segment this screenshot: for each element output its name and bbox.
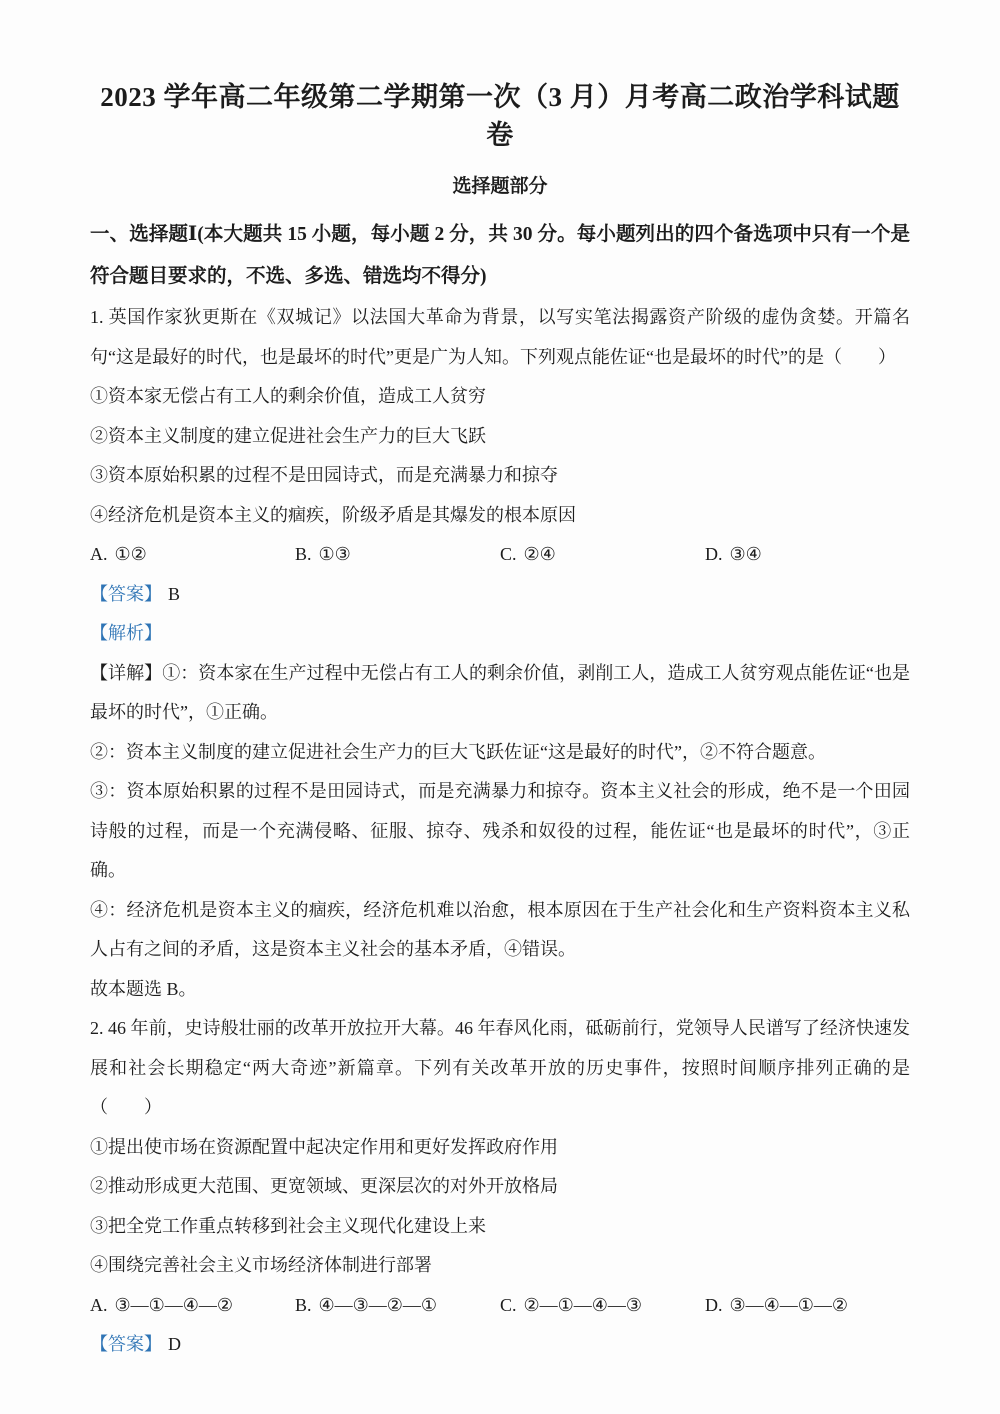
choice-text: ①② [115, 544, 147, 564]
question-2-item-1: ①提出使市场在资源配置中起决定作用和更好发挥政府作用 [90, 1128, 910, 1168]
question-1-detail-paragraph-3: ③：资本原始积累的过程不是田园诗式，而是充满暴力和掠夺。资本主义社会的形成，绝不… [90, 772, 910, 891]
choice-label: C. [500, 1295, 517, 1315]
question-1: 1. 英国作家狄更斯在《双城记》以法国大革命为背景，以写实笔法揭露资产阶级的虚伪… [90, 298, 910, 1009]
question-2-choice-row: A.③—①—④—② B.④—③—②—① C.②—①—④—③ D.③—④—①—② [90, 1286, 910, 1326]
question-1-choice-b: B.①③ [295, 535, 500, 575]
question-1-choice-a: A.①② [90, 535, 295, 575]
detail-text: ①：资本家在生产过程中无偿占有工人的剩余价值，剥削工人，造成工人贫穷观点能佐证“… [90, 663, 910, 723]
answer-label: 【答案】 [90, 584, 162, 604]
choice-text: ③—④—①—② [730, 1295, 849, 1315]
question-2-choice-b: B.④—③—②—① [295, 1286, 500, 1326]
exam-paper-page: 2023 学年高二年级第二学期第一次（3 月）月考高二政治学科试题卷 选择题部分… [0, 0, 1000, 1414]
answer-label: 【答案】 [90, 1334, 162, 1354]
question-1-detail-paragraph-4: ④：经济危机是资本主义的痼疾，经济危机难以治愈，根本原因在于生产社会化和生产资料… [90, 891, 910, 970]
question-2-choice-c: C.②—①—④—③ [500, 1286, 705, 1326]
question-1-conclusion: 故本题选 B。 [90, 970, 910, 1010]
page-subtitle: 选择题部分 [90, 170, 910, 204]
answer-value: D [168, 1334, 181, 1354]
question-1-detail-paragraph-1: 【详解】①：资本家在生产过程中无偿占有工人的剩余价值，剥削工人，造成工人贫穷观点… [90, 654, 910, 733]
question-1-analysis-line: 【解析】 [90, 614, 910, 654]
choice-text: ①③ [319, 544, 351, 564]
choice-text: ②—①—④—③ [524, 1295, 643, 1315]
question-1-choice-c: C.②④ [500, 535, 705, 575]
choice-label: D. [705, 544, 723, 564]
detail-label: 【详解】 [90, 663, 162, 683]
question-1-choice-row: A.①② B.①③ C.②④ D.③④ [90, 535, 910, 575]
section-header: 一、选择题Ⅰ(本大题共 15 小题，每小题 2 分，共 30 分。每小题列出的四… [90, 214, 910, 298]
question-1-item-3: ③资本原始积累的过程不是田园诗式，而是充满暴力和掠夺 [90, 456, 910, 496]
question-1-item-1: ①资本家无偿占有工人的剩余价值，造成工人贫穷 [90, 377, 910, 417]
question-2-item-2: ②推动形成更大范围、更宽领域、更深层次的对外开放格局 [90, 1167, 910, 1207]
choice-text: ③—①—④—② [115, 1295, 234, 1315]
choice-label: D. [705, 1295, 723, 1315]
question-2-answer-line: 【答案】D [90, 1325, 910, 1365]
question-2-stem: 2. 46 年前，史诗般壮丽的改革开放拉开大幕。46 年春风化雨，砥砺前行，党领… [90, 1009, 910, 1128]
question-1-choice-d: D.③④ [705, 535, 910, 575]
analysis-label: 【解析】 [90, 623, 162, 643]
choice-text: ②④ [524, 544, 556, 564]
choice-label: C. [500, 544, 517, 564]
question-1-item-2: ②资本主义制度的建立促进社会生产力的巨大飞跃 [90, 417, 910, 457]
page-title: 2023 学年高二年级第二学期第一次（3 月）月考高二政治学科试题卷 [90, 78, 910, 154]
question-2-item-4: ④围绕完善社会主义市场经济体制进行部署 [90, 1246, 910, 1286]
choice-label: B. [295, 1295, 312, 1315]
question-1-stem: 1. 英国作家狄更斯在《双城记》以法国大革命为背景，以写实笔法揭露资产阶级的虚伪… [90, 298, 910, 377]
choice-label: A. [90, 544, 108, 564]
question-2: 2. 46 年前，史诗般壮丽的改革开放拉开大幕。46 年春风化雨，砥砺前行，党领… [90, 1009, 910, 1365]
question-2-choice-d: D.③—④—①—② [705, 1286, 910, 1326]
choice-text: ③④ [730, 544, 762, 564]
question-1-detail-paragraph-2: ②：资本主义制度的建立促进社会生产力的巨大飞跃佐证“这是最好的时代”，②不符合题… [90, 733, 910, 773]
question-2-choice-a: A.③—①—④—② [90, 1286, 295, 1326]
question-1-answer-line: 【答案】B [90, 575, 910, 615]
choice-text: ④—③—②—① [319, 1295, 438, 1315]
choice-label: B. [295, 544, 312, 564]
answer-value: B [168, 584, 180, 604]
choice-label: A. [90, 1295, 108, 1315]
question-1-item-4: ④经济危机是资本主义的痼疾，阶级矛盾是其爆发的根本原因 [90, 496, 910, 536]
question-2-item-3: ③把全党工作重点转移到社会主义现代化建设上来 [90, 1207, 910, 1247]
